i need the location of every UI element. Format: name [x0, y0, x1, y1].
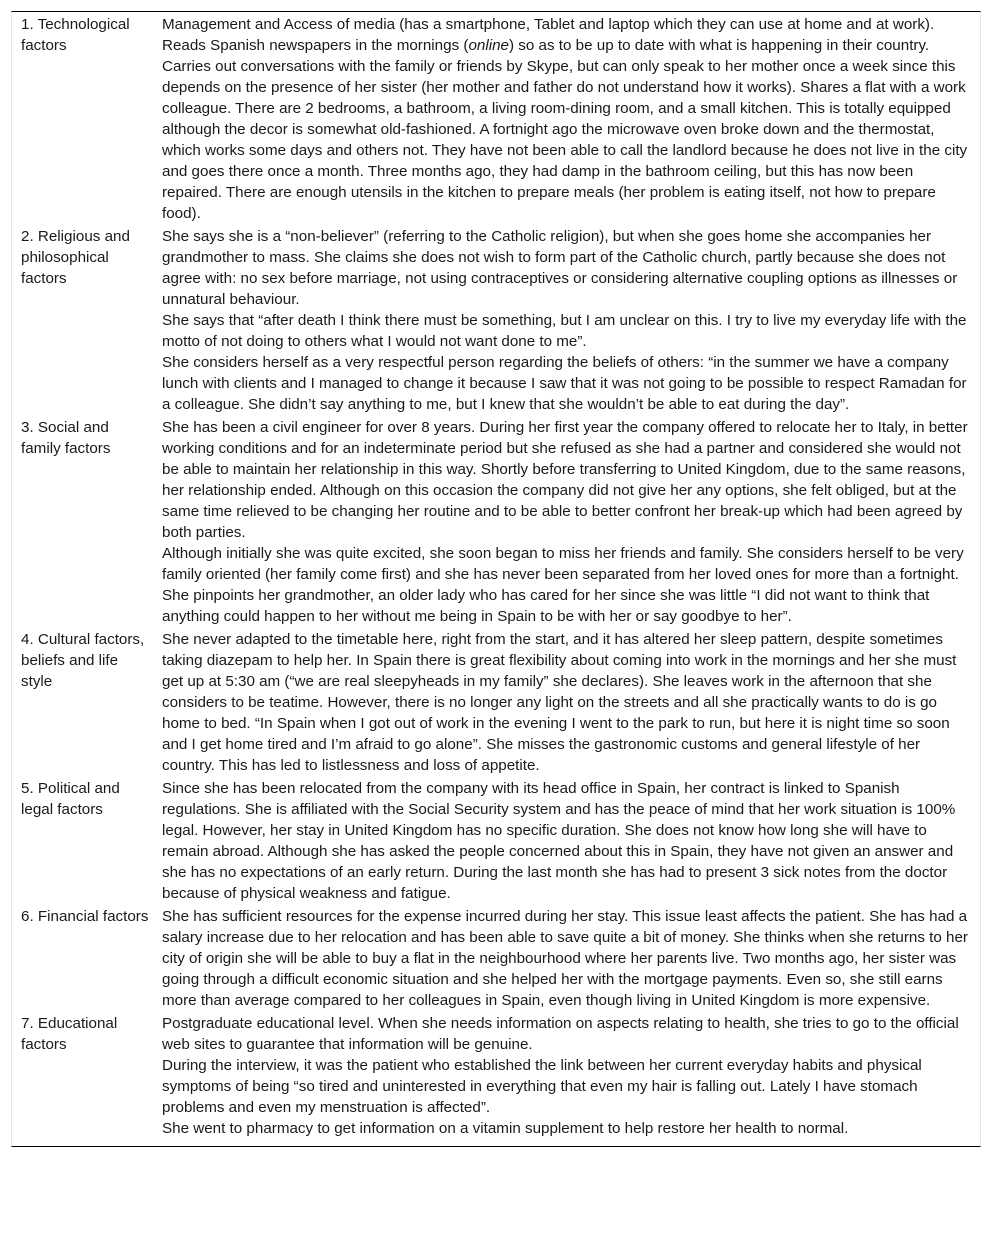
table-row-financial: 6. Financial factors She has sufficient … — [12, 904, 980, 1011]
italic-term: online — [468, 37, 509, 54]
paragraph: Although initially she was quite excited… — [162, 543, 970, 627]
paragraph: She considers herself as a very respectf… — [162, 352, 970, 415]
table-row-educational: 7. Educational factors Postgraduate educ… — [12, 1011, 980, 1146]
factors-table: 1. Technological factors Management and … — [11, 11, 981, 1147]
table-row-technological: 1. Technological factors Management and … — [12, 12, 980, 224]
row-description: Since she has been relocated from the co… — [157, 776, 980, 904]
table-row-political: 5. Political and legal factors Since she… — [12, 776, 980, 904]
table-row-social: 3. Social and family factors She has bee… — [12, 415, 980, 627]
row-label: 7. Educational factors — [12, 1011, 157, 1146]
row-label: 5. Political and legal factors — [12, 776, 157, 904]
row-description: She never adapted to the timetable here,… — [157, 627, 980, 776]
row-label: 3. Social and family factors — [12, 415, 157, 627]
paragraph: Management and Access of media (has a sm… — [162, 14, 970, 56]
text-segment: ) so as to be up to date with what is ha… — [509, 37, 929, 54]
row-label: 4. Cultural factors, beliefs and life st… — [12, 627, 157, 776]
row-description: She says she is a “non-believer” (referr… — [157, 224, 980, 415]
paragraph: Since she has been relocated from the co… — [162, 778, 970, 904]
paragraph: She never adapted to the timetable here,… — [162, 629, 970, 776]
paragraph: She has sufficient resources for the exp… — [162, 906, 970, 1011]
row-description: She has been a civil engineer for over 8… — [157, 415, 980, 627]
row-label: 6. Financial factors — [12, 904, 157, 1011]
paragraph: She says she is a “non-believer” (referr… — [162, 226, 970, 310]
row-description: Postgraduate educational level. When she… — [157, 1011, 980, 1146]
row-label: 2. Religious and philosophical factors — [12, 224, 157, 415]
paragraph: She has been a civil engineer for over 8… — [162, 417, 970, 543]
paragraph: During the interview, it was the patient… — [162, 1055, 970, 1118]
factors-table-grid: 1. Technological factors Management and … — [12, 12, 980, 1146]
row-description: She has sufficient resources for the exp… — [157, 904, 980, 1011]
paragraph: She says that “after death I think there… — [162, 310, 970, 352]
paragraph: She went to pharmacy to get information … — [162, 1118, 970, 1139]
paragraph: Carries out conversations with the famil… — [162, 56, 970, 224]
paragraph: Postgraduate educational level. When she… — [162, 1013, 970, 1055]
table-row-cultural: 4. Cultural factors, beliefs and life st… — [12, 627, 980, 776]
row-label: 1. Technological factors — [12, 12, 157, 224]
row-description: Management and Access of media (has a sm… — [157, 12, 980, 224]
table-row-religious: 2. Religious and philosophical factors S… — [12, 224, 980, 415]
